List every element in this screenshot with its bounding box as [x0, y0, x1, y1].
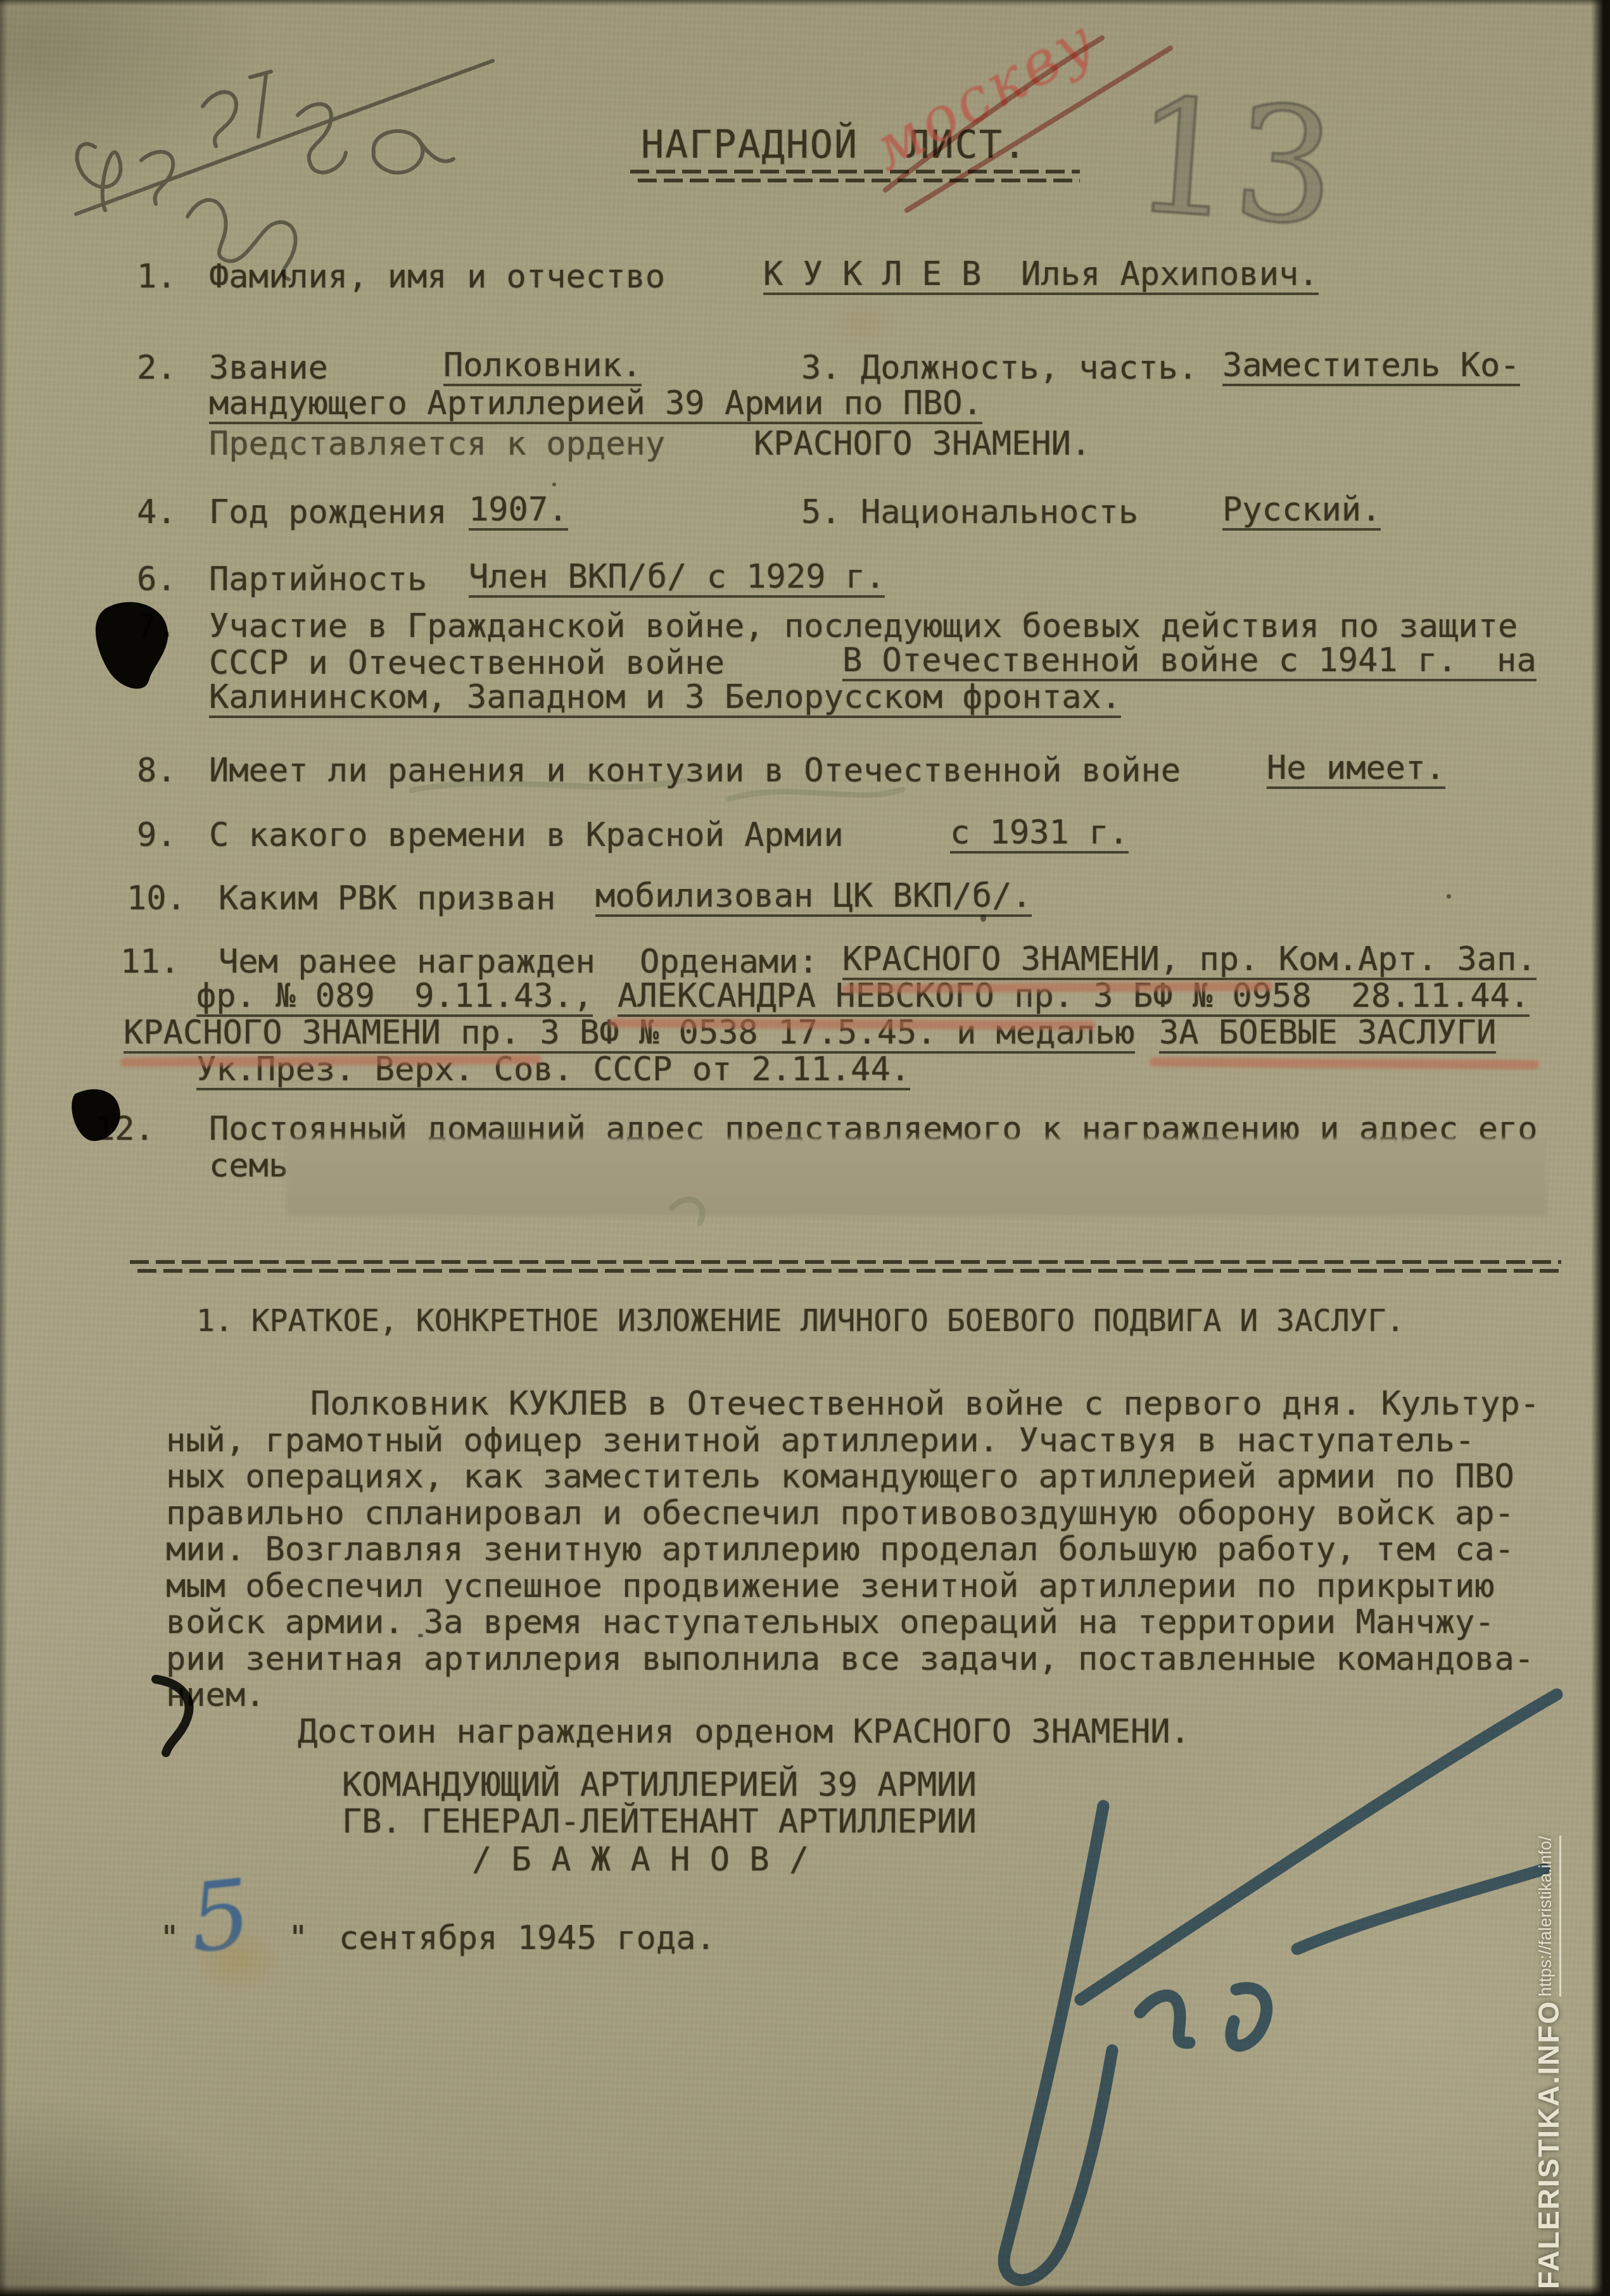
summary-line: ный, грамотный офицер зенитной артиллери… [166, 1422, 1474, 1459]
pencil-page-number: 13 [1127, 63, 1341, 260]
field10-value: мобилизован ЦК ВКП/б/. [595, 878, 1032, 917]
signature-name: / Б А Ж А Н О В / [472, 1841, 809, 1878]
section-separator [130, 1260, 1561, 1275]
field6-number: 6. [137, 561, 177, 598]
field11-award-line3b: ЗА БОЕВЫЕ ЗАСЛУГИ [1159, 1014, 1496, 1054]
field3-value-part2: мандующего Артиллерией 39 Армии по ПВО. [209, 385, 982, 424]
red-pencil-underline-4 [1150, 1057, 1539, 1069]
signature-position-line2: ГВ. ГЕНЕРАЛ-ЛЕЙТЕНАНТ АРТИЛЛЕРИИ [342, 1803, 977, 1840]
field12-number: 12. [95, 1111, 155, 1147]
field11-intro: Орденами: [640, 943, 818, 980]
field1-value: К У К Л Е В Илья Архипович. [763, 256, 1319, 295]
field5-value: Русский. [1222, 491, 1381, 531]
ink-speck [1447, 894, 1451, 899]
summary-conclusion: Достоин награждения орденом КРАСНОГО ЗНА… [298, 1713, 1190, 1750]
field7-line3: Калининском, Западном и 3 Белорусском фр… [209, 679, 1121, 718]
date-close-quote: " [288, 1920, 308, 1957]
field2-label: Звание [209, 350, 328, 386]
watermark: FALERISTIKA.INFO https://faleristika.inf… [1531, 1858, 1566, 2289]
field6-value: Член ВКП/б/ с 1929 г. [469, 558, 885, 598]
presented-order-value: КРАСНОГО ЗНАМЕНИ. [754, 426, 1091, 462]
watermark-url: https://faleristika.info/ [1536, 1836, 1561, 1996]
field11-award-line2a: фр. № 089 9.11.43., [196, 978, 593, 1017]
summary-line: ных операциях, как заместитель командующ… [166, 1458, 1514, 1495]
ink-speck [980, 914, 986, 922]
field2-number: 2. [137, 350, 177, 386]
field6-label: Партийность [209, 561, 427, 598]
field9-label: С какого времени в Красной Армии [209, 817, 844, 854]
date-text: сентября 1945 года. [339, 1920, 716, 1957]
signature-position-line1: КОМАНДУЮЩИЙ АРТИЛЛЕРИЕЙ 39 АРМИИ [342, 1767, 977, 1803]
field7-line2-label: СССР и Отечественной войне [209, 645, 725, 681]
paper-stain [190, 1925, 285, 1995]
scan-edge-left [0, 0, 8, 2296]
summary-line: Полковник КУКЛЕВ в Отечественной войне с… [310, 1385, 1540, 1422]
redacted-address-block [286, 1139, 1547, 1216]
award-sheet-scan: НАГРАДНОЙ ЛИСТ. 1. Фамилия, имя и отчест… [0, 0, 1610, 2296]
scan-edge-top [0, 0, 1610, 6]
field7-line2-value: В Отечественной войне с 1941 г. на [842, 642, 1537, 681]
date-open-quote: " [160, 1920, 179, 1957]
field11-label: Чем ранее награжден [219, 943, 595, 980]
pencil-scribble [76, 61, 493, 279]
field7-number: 7. [137, 608, 177, 645]
field3-label: 3. Должность, часть. [801, 350, 1198, 386]
field4-label: Год рождения [209, 494, 447, 531]
scan-edge-right [1591, 0, 1610, 2296]
field8-number: 8. [137, 752, 177, 789]
summary-line: рии зенитная артиллерия выполнила все за… [166, 1641, 1534, 1677]
summary-line: мым обеспечил успешное продвижение зенит… [166, 1568, 1495, 1605]
field8-label: Имеет ли ранения и контузии в Отечествен… [209, 752, 1181, 789]
summary-line: правильно спланировал и обеспечил против… [166, 1495, 1514, 1532]
field7-line1: Участие в Гражданской войне, последующих… [209, 608, 1518, 645]
summary-heading: 1. КРАТКОЕ, КОНКРЕТНОЕ ИЗЛОЖЕНИЕ ЛИЧНОГО… [196, 1304, 1404, 1339]
field11-award-line1: КРАСНОГО ЗНАМЕНИ, пр. Ком.Арт. Зап. [842, 941, 1537, 980]
field5-label: 5. Национальность [801, 494, 1138, 531]
summary-line: нием. [166, 1677, 265, 1713]
field1-label: Фамилия, имя и отчество [209, 258, 665, 295]
watermark-site: FALERISTIKA.INFO [1531, 2000, 1566, 2289]
field9-value: с 1931 г. [950, 814, 1129, 854]
field3-value-part1: Заместитель Ко- [1222, 347, 1520, 386]
title-underline [630, 170, 1080, 184]
paper-stain [823, 298, 899, 348]
summary-line: войск армии. За время наступательных опе… [166, 1604, 1495, 1641]
ink-speck [552, 483, 556, 486]
field2-value: Полковник. [443, 347, 642, 386]
field10-label: Каким РВК призван [219, 880, 555, 917]
field10-number: 10. [127, 880, 186, 917]
field1-number: 1. [137, 258, 177, 295]
ink-speck [418, 1634, 423, 1637]
field4-value: 1907. [469, 491, 568, 531]
summary-line: мии. Возглавляя зенитную артиллерию прод… [166, 1531, 1514, 1568]
presented-label: Представляется к ордену [209, 426, 665, 462]
field11-number: 11. [120, 943, 180, 980]
field9-number: 9. [137, 817, 177, 854]
blue-pen-mark [1004, 1694, 1557, 2280]
field8-value: Не имеет. [1267, 750, 1445, 789]
scan-edge-bottom [0, 2285, 1610, 2296]
field4-number: 4. [137, 494, 177, 531]
